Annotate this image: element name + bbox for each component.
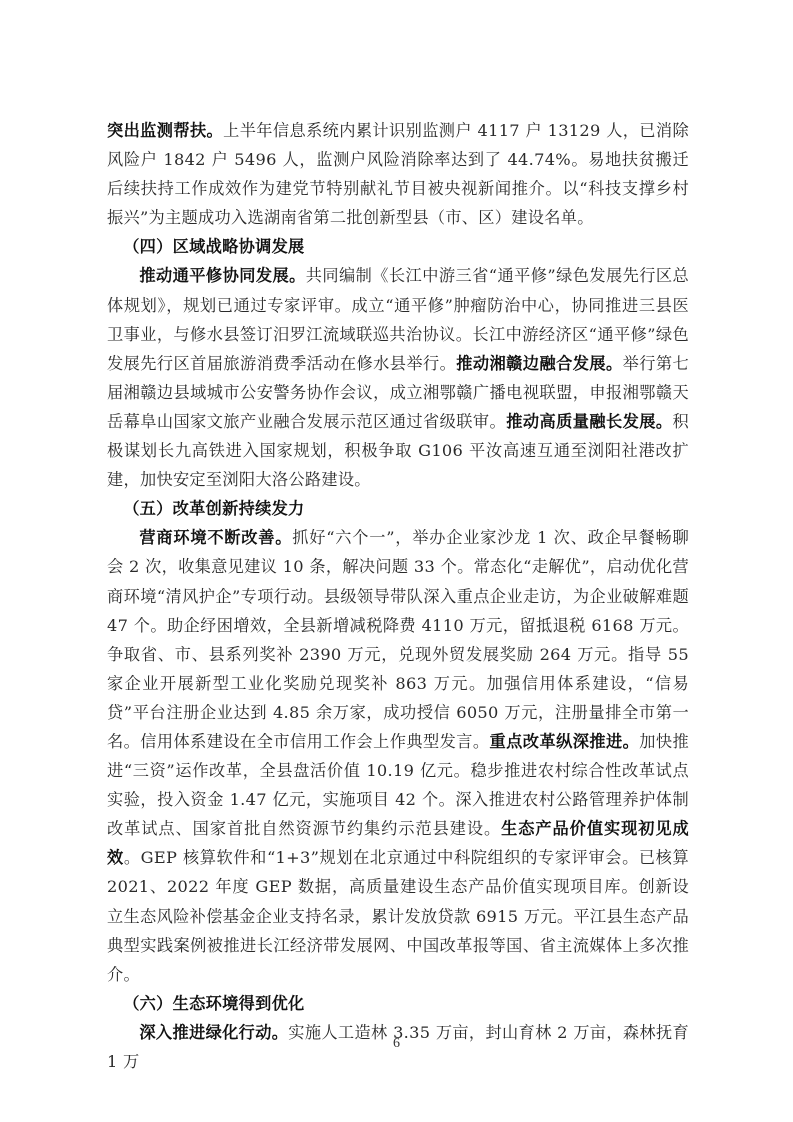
section-heading-5: （五）改革创新持续发力 <box>107 494 689 523</box>
lead-xiangganbian: 推动湘赣边融合发展。 <box>456 354 622 373</box>
lead-ronchang: 推动高质量融长发展。 <box>506 412 672 431</box>
page-body: 突出监测帮扶。上半年信息系统内累计识别监测户 4117 户 13129 人，已消… <box>107 116 689 1076</box>
text-ecological-value: 。GEP 核算软件和“1+3”规划在北京通过中科院组织的专家评审会。已核算 20… <box>107 848 689 983</box>
lead-business-environment: 营商环境不断改善。 <box>139 528 292 547</box>
page-number: 6 <box>0 1036 793 1052</box>
lead-tongpingxiu: 推动通平修协同发展。 <box>139 266 305 285</box>
text-business-environment: 抓好“六个一”，举办企业家沙龙 1 次、政企早餐畅聊会 2 次，收集意见建议 1… <box>107 528 689 751</box>
section-heading-4: （四）区域战略协调发展 <box>107 232 689 261</box>
paragraph-reform-innovation: 营商环境不断改善。抓好“六个一”，举办企业家沙龙 1 次、政企早餐畅聊会 2 次… <box>107 523 689 989</box>
paragraph-regional-strategy: 推动通平修协同发展。共同编制《长江中游三省“通平修”绿色发展先行区总体规划》，规… <box>107 261 689 494</box>
lead-monitoring-assistance: 突出监测帮扶。 <box>107 121 223 140</box>
section-heading-6: （六）生态环境得到优化 <box>107 989 689 1018</box>
lead-key-reforms: 重点改革纵深推进。 <box>490 732 640 751</box>
document-page: 突出监测帮扶。上半年信息系统内累计识别监测户 4117 户 13129 人，已消… <box>0 0 793 1122</box>
paragraph-monitoring-assistance: 突出监测帮扶。上半年信息系统内累计识别监测户 4117 户 13129 人，已消… <box>107 116 689 232</box>
